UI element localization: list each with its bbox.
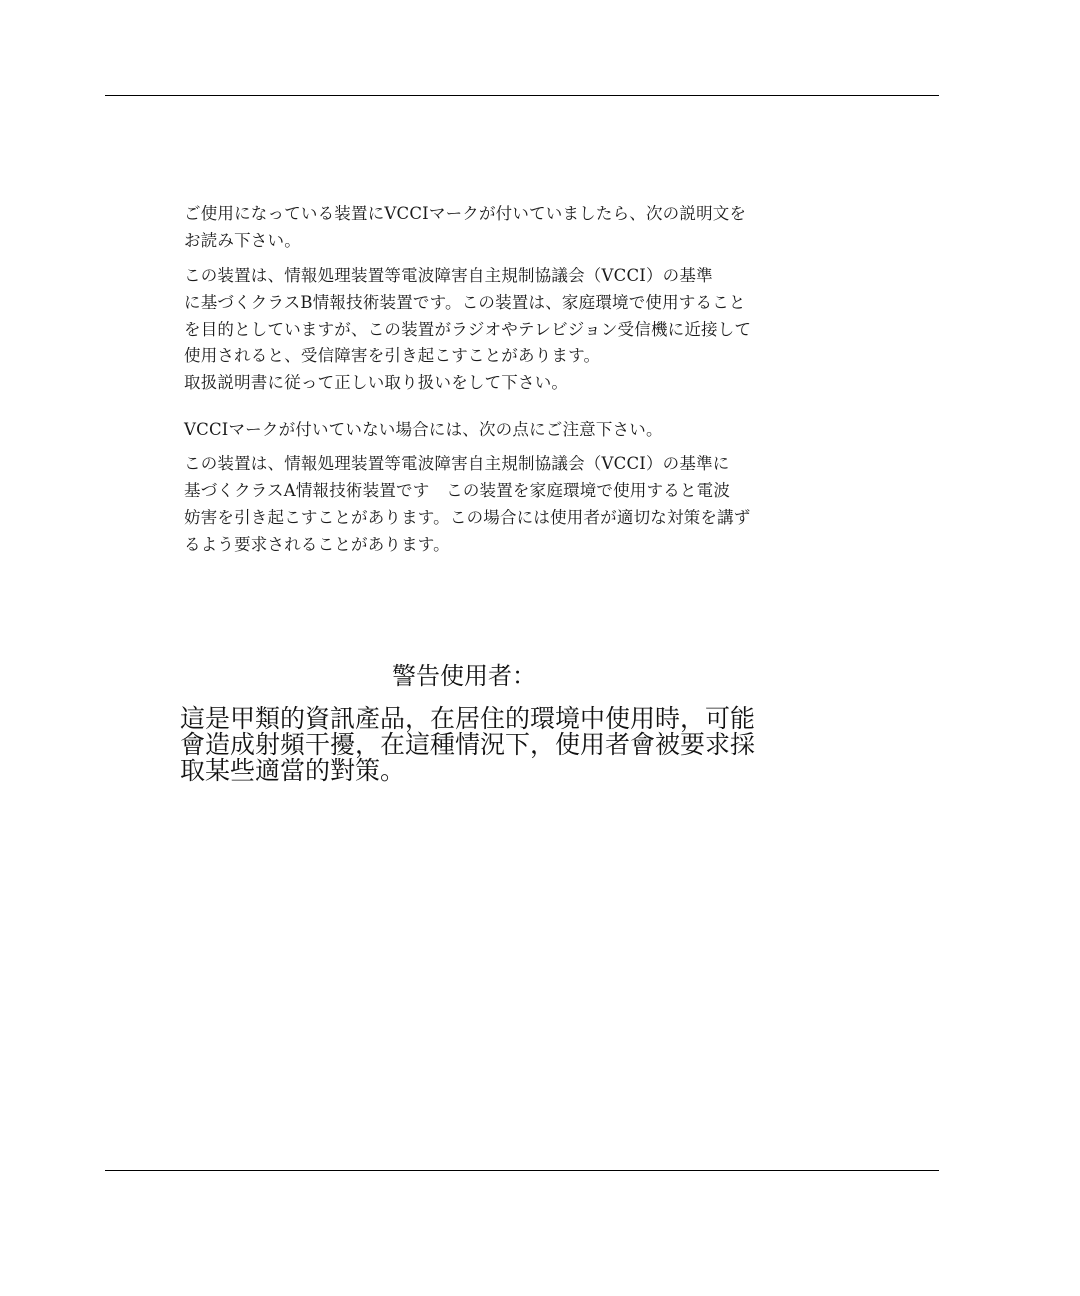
class-b-line: に基づくクラスB情報技術装置です。この装置は、家庭環境で使用すること: [184, 292, 746, 314]
class-a-line: この装置は、情報処理装置等電波障害自主規制協議会（VCCI）の基準に: [184, 453, 729, 475]
class-b-line: この装置は、情報処理装置等電波障害自主規制協議会（VCCI）の基準: [184, 265, 713, 287]
bsmi-line: 這是甲類的資訊產品，在居住的環境中使用時，可能: [180, 706, 755, 732]
class-a-line: るよう要求されることがあります。: [184, 534, 450, 556]
vcci-intro-line: お読み下さい。: [184, 230, 301, 252]
class-a-line: 妨害を引き起こすことがあります。この場合には使用者が適切な対策を講ず: [184, 507, 750, 529]
header-rule: [105, 95, 939, 96]
footer-rule: [105, 1170, 939, 1171]
class-b-line: 使用されると、受信障害を引き起こすことがあります。: [184, 345, 600, 367]
class-b-line: を目的としていますが、この装置がラジオやテレビジョン受信機に近接して: [184, 319, 751, 341]
bsmi-warning-title: 警告使用者：: [392, 656, 536, 691]
bsmi-line: 會造成射頻干擾，在這種情況下，使用者會被要求採: [180, 732, 755, 758]
class-b-line: 取扱説明書に従って正しい取り扱いをして下さい。: [184, 372, 568, 394]
no-mark-heading-text: VCCIマークが付いていない場合には、次の点にご注意下さい。: [184, 419, 663, 441]
class-a-line: 基づくクラスA情報技術装置です この装置を家庭環境で使用すると電波: [184, 480, 730, 502]
bsmi-line: 取某些適當的對策。: [180, 758, 405, 784]
vcci-intro-line: ご使用になっている装置にVCCIマークが付いていましたら、次の説明文を: [184, 203, 746, 225]
